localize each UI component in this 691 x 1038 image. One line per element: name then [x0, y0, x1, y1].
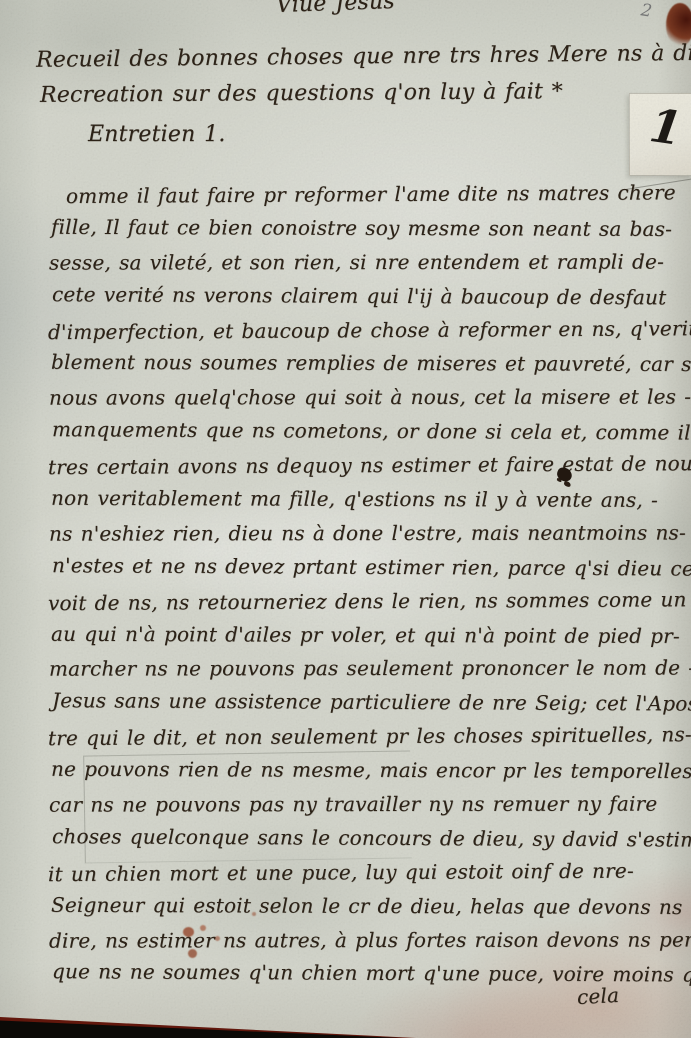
manuscript-line-3: sesse, sa vileté, et son rien, si nre en…: [49, 245, 691, 280]
manuscript-line-21: it un chien mort et une puce, luy qui es…: [48, 854, 691, 892]
manuscript-line-6: blement nous soumes remplies de miseres …: [51, 346, 691, 382]
tab-number: 1: [646, 98, 685, 156]
rust-stain: [200, 925, 206, 931]
manuscript-line-20: choses quelconque sans le concours de di…: [52, 820, 691, 858]
manuscript-line-1: omme il faut faire pr reformer l'ame dit…: [48, 176, 691, 214]
manuscript-line-9: tres certain avons ns dequoy ns estimer …: [48, 447, 691, 485]
rust-stain: [188, 949, 197, 958]
body-text: omme il faut faire pr reformer l'ame dit…: [48, 178, 691, 991]
rust-stain: [183, 927, 194, 937]
manuscript-line-8: manquements que ns cometons, or done si …: [52, 413, 691, 451]
header-line-1: Recueil des bonnes choses que nre trs hr…: [36, 40, 691, 73]
header-line-2: Recreation sur des questions q'on luy à …: [40, 79, 563, 108]
manuscript-line-17: tre qui le dit, et non seulement pr les …: [48, 718, 691, 756]
manuscript-line-19: car ns ne pouvons pas ny travailler ny n…: [49, 787, 691, 822]
section-heading: Entretien 1.: [88, 122, 226, 147]
manuscript-line-4: cete verité ns verons clairem qui l'ij à…: [52, 278, 691, 316]
manuscript-line-10: non veritablement ma fille, q'estions ns…: [51, 482, 691, 518]
manuscript-line-16: Jesus sans une assistence particuliere d…: [52, 685, 691, 723]
manuscript-line-12: n'estes et ne ns devez prtant estimer ri…: [52, 549, 691, 587]
manuscript-line-5: d'imperfection, et baucoup de chose à re…: [48, 311, 691, 349]
manuscript-page: Viue Jesus 2 Recueil des bonnes choses q…: [0, 0, 691, 1038]
manuscript-line-14: au qui n'à point d'ailes pr voler, et qu…: [51, 617, 691, 653]
folio-number: 2: [640, 0, 654, 21]
catchword: cela: [576, 983, 619, 1009]
manuscript-line-7: nous avons quelq'chose qui soit à nous, …: [49, 381, 691, 416]
running-title: Viue Jesus: [276, 0, 396, 18]
rust-stain: [252, 912, 256, 916]
paper-tab: 1: [629, 93, 691, 176]
manuscript-line-18: ne pouvons rien de ns mesme, mais encor …: [51, 753, 691, 789]
manuscript-line-22: Seigneur qui estoit selon le cr de dieu,…: [51, 888, 691, 924]
manuscript-line-13: voit de ns, ns retourneriez dens le rien…: [48, 583, 691, 621]
manuscript-line-2: fille, Il faut ce bien conoistre soy mes…: [51, 211, 691, 247]
manuscript-line-23: dire, ns estimer ns autres, à plus forte…: [49, 923, 691, 958]
rust-stain: [215, 936, 220, 941]
manuscript-line-11: ns n'eshiez rien, dieu ns à done l'estre…: [49, 516, 691, 551]
manuscript-line-15: marcher ns ne pouvons pas seulement pron…: [49, 652, 691, 687]
